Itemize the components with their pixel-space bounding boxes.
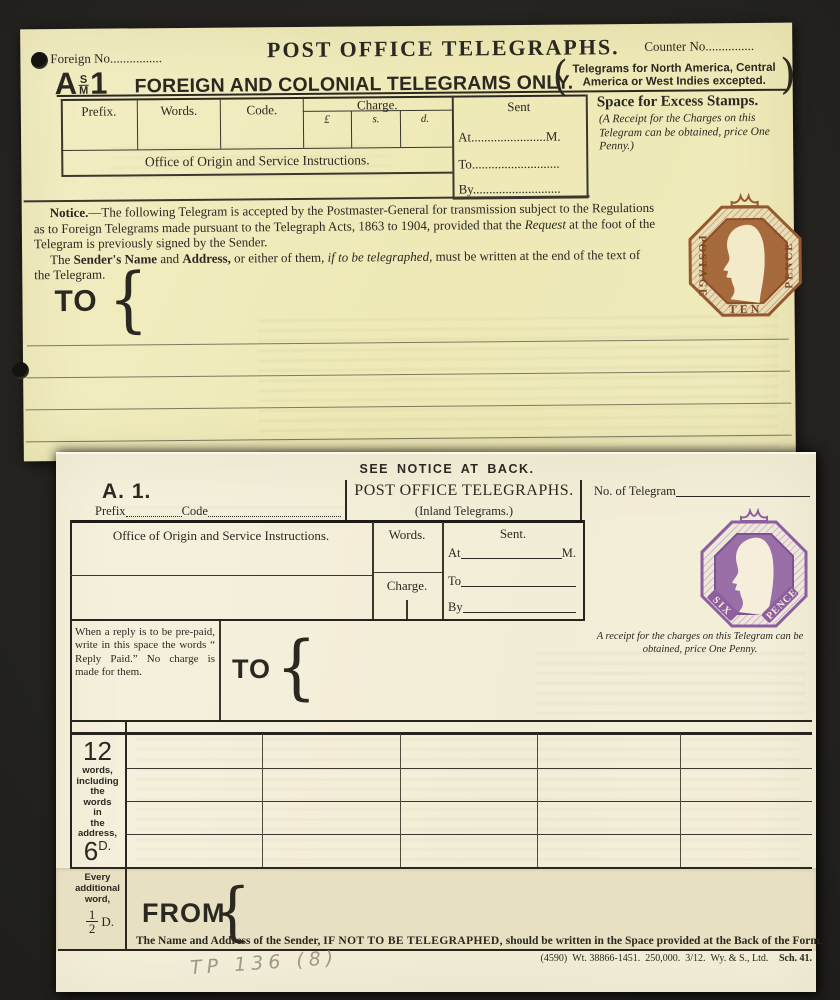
crown-icon	[732, 196, 758, 206]
punch-hole	[12, 362, 29, 379]
fraction: 1 2	[86, 908, 99, 936]
notice-p2a: The	[50, 251, 74, 266]
exception-line2: America or West Indies excepted.	[568, 75, 780, 90]
rate-6: 6	[84, 836, 98, 866]
rate-6d: 6D.	[70, 838, 125, 865]
show-through-text	[536, 652, 806, 714]
form-code-sm-stack: S M	[79, 75, 88, 97]
notice-p1b: Request	[525, 216, 566, 231]
foreign-no-label: Foreign No................	[50, 50, 162, 67]
grid-top-rule	[70, 732, 812, 735]
rate-line: word,	[70, 894, 125, 905]
punch-hole	[31, 52, 48, 69]
sent-label: Sent.	[448, 526, 578, 542]
stamp-text-pence: PENCE	[783, 241, 795, 288]
to-small-label: To	[448, 574, 461, 589]
to-brace: {	[108, 264, 148, 336]
imprint-sch: Sch. 41.	[779, 953, 812, 964]
col-header-words: Words.	[145, 103, 213, 120]
table-col-divider	[442, 522, 444, 619]
reply-box-right-border	[219, 621, 221, 720]
sender-note-c: should be written in the Space provided …	[503, 935, 823, 947]
grid-bottom-rule	[70, 867, 812, 869]
six-pence-embossed-stamp: SIX PENCE	[698, 508, 810, 634]
printer-imprint: (4590) Wt. 38866-1451. 250,000. 3/12. Wy…	[456, 953, 812, 964]
exception-lines: Telegrams for North America, Central Ame…	[568, 61, 780, 90]
rate-half-d: 1 2 D.	[78, 908, 122, 936]
table-col-divider	[137, 98, 138, 149]
office-cell-rule	[70, 575, 372, 576]
sender-note-b: IF NOT TO BE TELEGRAPHED,	[323, 935, 503, 947]
rate-line: in	[70, 808, 125, 819]
to-label: TO	[232, 654, 271, 685]
sent-to-line: To...........................	[458, 156, 559, 173]
rate-additional-lines: Every additional word,	[70, 872, 125, 905]
photo-of-telegraph-forms: Foreign No................ POST OFFICE T…	[0, 0, 840, 1000]
col-header-prefix: Prefix.	[67, 103, 131, 120]
show-through-text	[116, 506, 346, 520]
show-through-text	[258, 315, 779, 470]
fraction-denominator: 2	[86, 922, 99, 936]
excess-stamps-title: Space for Excess Stamps.	[597, 93, 793, 112]
from-label: FROM	[142, 898, 225, 929]
at-label: At	[448, 546, 461, 561]
to-section-bottom-rule	[70, 720, 812, 722]
charge-label: Charge.	[372, 578, 442, 594]
from-brace: {	[214, 879, 251, 943]
notice-paragraph-1: Notice.—The following Telegram is accept…	[34, 200, 658, 252]
crown-icon	[741, 511, 767, 521]
rate-line: additional	[70, 883, 125, 894]
col-header-code: Code.	[228, 102, 296, 119]
rate-line: words,	[70, 766, 125, 777]
table-bottom-rule	[70, 619, 585, 621]
sent-right-border	[586, 94, 588, 196]
see-notice-at-back: SEE NOTICE AT BACK.	[297, 462, 597, 476]
inland-form-subtitle: (Inland Telegrams.)	[350, 504, 578, 519]
sent-at-line: At.......................M.	[458, 129, 561, 146]
col-header-charge: Charge.	[321, 97, 434, 114]
notice-p2e: or either of them,	[231, 249, 328, 265]
col-header-shillings: s.	[353, 113, 399, 125]
office-of-origin-label: Office of Origin and Service Instruction…	[76, 528, 366, 544]
rate-half-unit: D.	[101, 914, 114, 930]
rate-line: Every	[70, 872, 125, 883]
rate-12: 12	[70, 736, 125, 767]
to-brace: {	[276, 633, 317, 703]
notice-p2f: if to be telegraphed,	[328, 248, 433, 264]
show-through-text	[136, 738, 801, 862]
form-code-s: S	[79, 75, 88, 85]
words-label: Words.	[372, 527, 442, 543]
charge-tick	[406, 600, 408, 619]
rate-line: the	[70, 787, 125, 798]
receipt-note-line1: A receipt for the charges on this Telegr…	[588, 630, 812, 643]
title-right-bar	[580, 480, 582, 520]
excess-stamps-note: (A Receipt for the Charges on this Teleg…	[599, 112, 791, 154]
col-header-sent: Sent	[461, 99, 577, 116]
rate-column-divider	[125, 720, 127, 949]
notice-p2d: Address,	[182, 250, 231, 265]
fraction-numerator: 1	[86, 908, 99, 922]
col-header-pence: d.	[402, 113, 448, 125]
rate-12-lines: words, including the words in the addres…	[70, 766, 125, 840]
sender-note: The Name and Address of the Sender, IF N…	[136, 935, 814, 947]
sent-by-row: By	[448, 600, 576, 615]
rate-6-unit: D.	[98, 838, 111, 853]
by-blank	[463, 611, 576, 613]
no-of-telegram-label: No. of Telegram	[594, 484, 676, 499]
no-of-telegram-row: No. of Telegram	[594, 484, 810, 499]
sent-at-row: At M.	[448, 546, 576, 561]
table-right-border	[583, 520, 585, 621]
to-label: TO	[54, 285, 97, 319]
inland-telegram-form: SEE NOTICE AT BACK. A. 1. POST OFFICE TE…	[56, 452, 816, 992]
m-label: M.	[562, 546, 576, 561]
by-label: By	[448, 600, 463, 615]
no-of-telegram-blank	[676, 495, 810, 497]
words-cell-rule	[372, 572, 442, 573]
reply-paid-note: When a reply is to be pre-paid, write in…	[75, 626, 215, 680]
col-header-pounds: £	[304, 114, 350, 126]
imprint-rule	[58, 949, 812, 951]
to-blank	[461, 585, 576, 587]
foreign-colonial-telegram-form: Foreign No................ POST OFFICE T…	[20, 23, 796, 462]
sent-to-row: To	[448, 574, 576, 589]
imprint-main: (4590) Wt. 38866-1451. 250,000. 3/12. Wy…	[541, 953, 769, 964]
sender-note-a: The Name and Address of the Sender,	[136, 935, 323, 947]
at-blank	[461, 557, 562, 559]
table-top-rule	[70, 520, 585, 523]
stamp-text-postage: POSTAGE	[696, 235, 709, 297]
inland-form-code: A. 1.	[102, 480, 151, 504]
notice-lead: Notice.	[50, 205, 89, 220]
show-through-text	[111, 144, 391, 182]
table-col-divider	[220, 98, 221, 149]
ten-pence-embossed-stamp: POSTAGE PENCE TEN	[686, 193, 805, 320]
counter-no-label: Counter No...............	[644, 38, 754, 55]
notice-p2c: and	[157, 250, 182, 265]
table-left-border	[61, 99, 63, 175]
inland-form-title: POST OFFICE TELEGRAPHS.	[350, 482, 578, 500]
